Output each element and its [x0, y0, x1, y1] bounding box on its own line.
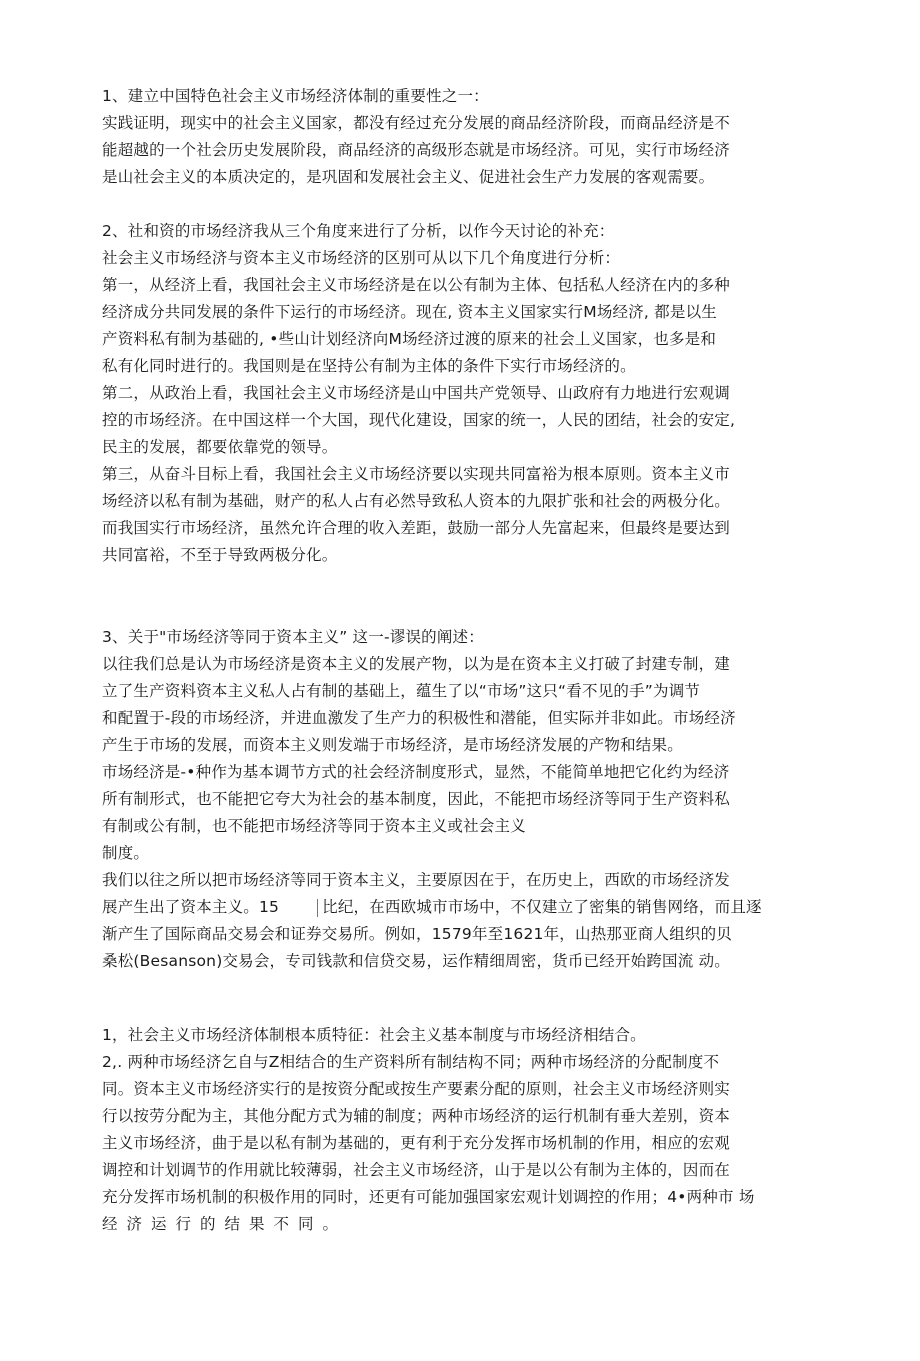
paragraph-line: 第一，从经济上看，我国社会主义市场经济是在以公有制为主体、包括私人经济在内的多种	[102, 272, 832, 299]
paragraph-line: 而我国实行市场经济，虽然允许合理的收入差距，鼓励一部分人先富起来，但最终是要达到	[102, 515, 832, 542]
paragraph-line: 有制或公有制，也不能把市场经济等同于资本主义或社会主义	[102, 813, 832, 840]
section-4: 1，社会主义市场经济体制根本质特征：社会主义基本制度与市场经济相结合。 2,. …	[102, 1022, 832, 1238]
paragraph-line: 市场经济是-•种作为基本调节方式的社会经济制度形式，显然，不能简单地把它化约为经…	[102, 759, 832, 786]
paragraph-line: 控的市场经济。在中国这样一个大国，现代化建设，国家的统一，人民的团结，社会的安定…	[102, 407, 832, 434]
paragraph-line: 制度。	[102, 840, 832, 867]
paragraph-line: 经济成分共同发展的条件下运行的市场经济。现在, 资本主义国家实行M场经济, 都是…	[102, 299, 832, 326]
vertical-separator	[317, 899, 318, 917]
split-line-after: 比纪，在西欧城市市场中，不仅建立了密集的销售网络，而且逐	[322, 898, 762, 916]
paragraph-line: 第二，从政治上看，我国社会主义市场经济是山中国共产党领导、山政府有力地进行宏观调	[102, 380, 832, 407]
document-page: 1、建立中国特色社会主义市场经济体制的重要性之一： 实践证明，现实中的社会主义国…	[0, 0, 920, 1361]
paragraph-line: 我们以往之所以把市场经济等同于资本主义，主要原因在于，在历史上，西欧的市场经济发	[102, 867, 832, 894]
section-heading: 1、建立中国特色社会主义市场经济体制的重要性之一：	[102, 83, 832, 110]
paragraph-line: 民主的发展，都要依靠党的领导。	[102, 434, 832, 461]
paragraph-line: 所有制形式，也不能把它夸大为社会的基本制度，因此，不能把市场经济等同于生产资料私	[102, 786, 832, 813]
paragraph-line: 产生于市场的发展，而资本主义则发端于市场经济，是市场经济发展的产物和结果。	[102, 732, 832, 759]
paragraph-line: 实践证明，现实中的社会主义国家，都没有经过充分发展的商品经济阶段，而商品经济是不	[102, 110, 832, 137]
paragraph-line: 能超越的一个社会历史发展阶段，商品经济的高级形态就是市场经济。可见，实行市场经济	[102, 137, 832, 164]
paragraph-line: 调控和计划调节的作用就比较薄弱，社会主义市场经济，山于是以公有制为主体的，因而在	[102, 1157, 832, 1184]
paragraph-line: 充分发挥市场机制的积极作用的同时，还更有可能加强国家宏观计划调控的作用；4•两种…	[102, 1184, 832, 1211]
paragraph-line: 渐产生了国际商品交易会和证券交易所。例如，1579年至1621年，山热那亚商人组…	[102, 921, 832, 948]
paragraph-line: 产资料私有制为基础的, •些山计划经济向M场经济过渡的原来的社会丄义国家，也多是…	[102, 326, 832, 353]
paragraph-line: 私有化同时进行的。我国则是在坚持公有制为主体的条件下实行市场经济的。	[102, 353, 832, 380]
section-heading: 3、关于"市场经济等同于资本主义” 这一-谬误的阐述：	[102, 624, 832, 651]
paragraph-line: 场经济以私有制为基础，财产的私人占有必然导致私人资本的九限扩张和社会的两极分化。	[102, 488, 832, 515]
paragraph-line: 社会主义市场经济与资本主义市场经济的区别可从以下几个角度进行分析：	[102, 245, 832, 272]
paragraph-line: 行以按劳分配为主，其他分配方式为辅的制度；两种市场经济的运行机制有垂大差别，资本	[102, 1103, 832, 1130]
paragraph-line: 以往我们总是认为市场经济是资本主义的发展产物，以为是在资本主义打破了封建专制，建	[102, 651, 832, 678]
paragraph-line: 主义市场经济，曲于是以私有制为基础的，更有利于充分发挥市场机制的作用，相应的宏观	[102, 1130, 832, 1157]
section-1: 1、建立中国特色社会主义市场经济体制的重要性之一： 实践证明，现实中的社会主义国…	[102, 83, 832, 191]
paragraph-line: 立了生产资料资本主义私人占有制的基础上，蕴生了以“市场”这只“看不见的手”为调节	[102, 678, 832, 705]
paragraph-line: 是山社会主义的本质决定的，是巩固和发展社会主义、促进社会生产力发展的客观需要。	[102, 164, 832, 191]
section-2: 2、社和资的市场经济我从三个角度来进行了分析，以作今天讨论的补充： 社会主义市场…	[102, 218, 832, 569]
split-line-before: 展产生出了资本主义。15	[102, 898, 279, 916]
paragraph-line: 桑松(Besanson)交易会，专司钱款和信贷交易，运作精细周密，货币已经开始跨…	[102, 948, 832, 975]
paragraph-last-line: 经济运行的结果不同。	[102, 1211, 832, 1238]
paragraph-line: 同。资本主义市场经济实行的是按资分配或按生产要素分配的原则，社会主义市场经济则实	[102, 1076, 832, 1103]
section-heading: 2、社和资的市场经济我从三个角度来进行了分析，以作今天讨论的补充：	[102, 218, 832, 245]
section-3: 3、关于"市场经济等同于资本主义” 这一-谬误的阐述： 以往我们总是认为市场经济…	[102, 624, 832, 975]
paragraph-line: 和配置于-段的市场经济，并进血激发了生产力的积极性和潜能，但实际并非如此。市场经…	[102, 705, 832, 732]
paragraph-line: 第三，从奋斗目标上看，我国社会主义市场经济要以实现共同富裕为根本原则。资本主义市	[102, 461, 832, 488]
paragraph-line: 2,. 两种市场经济乞自与Z相结合的生产资料所有制结构不同；两种市场经济的分配制…	[102, 1049, 832, 1076]
paragraph-line-split: 展产生出了资本主义。15比纪，在西欧城市市场中，不仅建立了密集的销售网络，而且逐	[102, 894, 832, 921]
paragraph-line: 1，社会主义市场经济体制根本质特征：社会主义基本制度与市场经济相结合。	[102, 1022, 832, 1049]
paragraph-line: 共同富裕，不至于导致两极分化。	[102, 542, 832, 569]
